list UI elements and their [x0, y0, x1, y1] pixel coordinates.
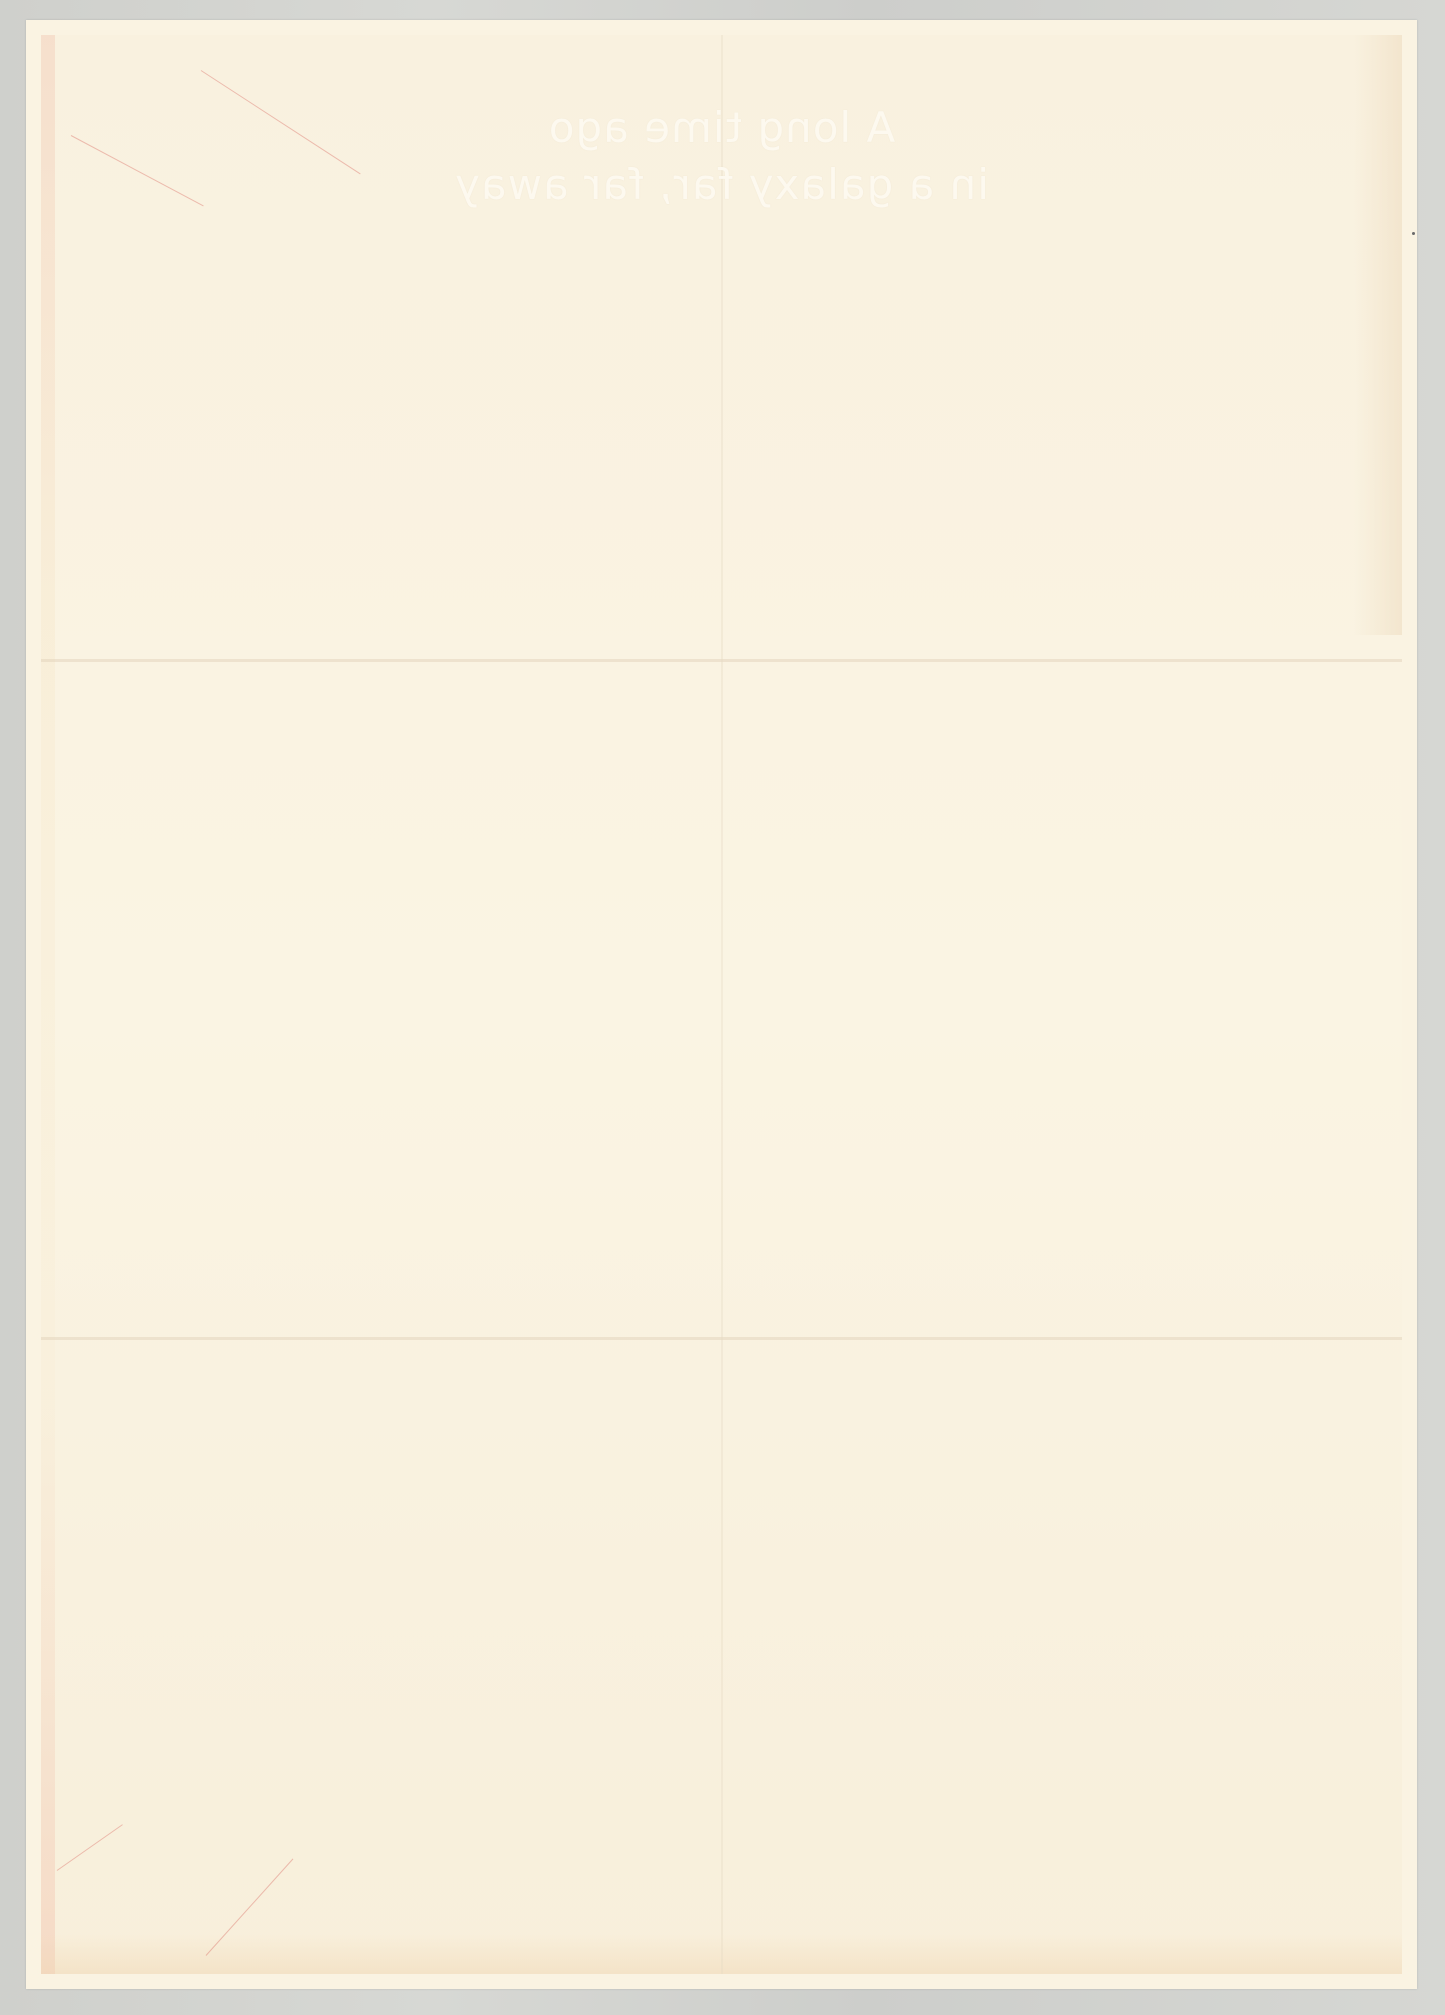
bleed-through-text-line-1: A long time ago	[41, 103, 1402, 152]
vertical-fold-line	[721, 35, 723, 1974]
bleed-through-text-line-2: in a galaxy far, far away	[41, 160, 1402, 209]
poster-sheet: A long time ago in a galaxy far, far awa…	[26, 20, 1417, 1989]
trim-mark	[57, 1824, 123, 1871]
print-area: A long time ago in a galaxy far, far awa…	[41, 35, 1402, 1974]
dust-speck	[1412, 232, 1415, 235]
left-edge-tint	[41, 35, 55, 1974]
